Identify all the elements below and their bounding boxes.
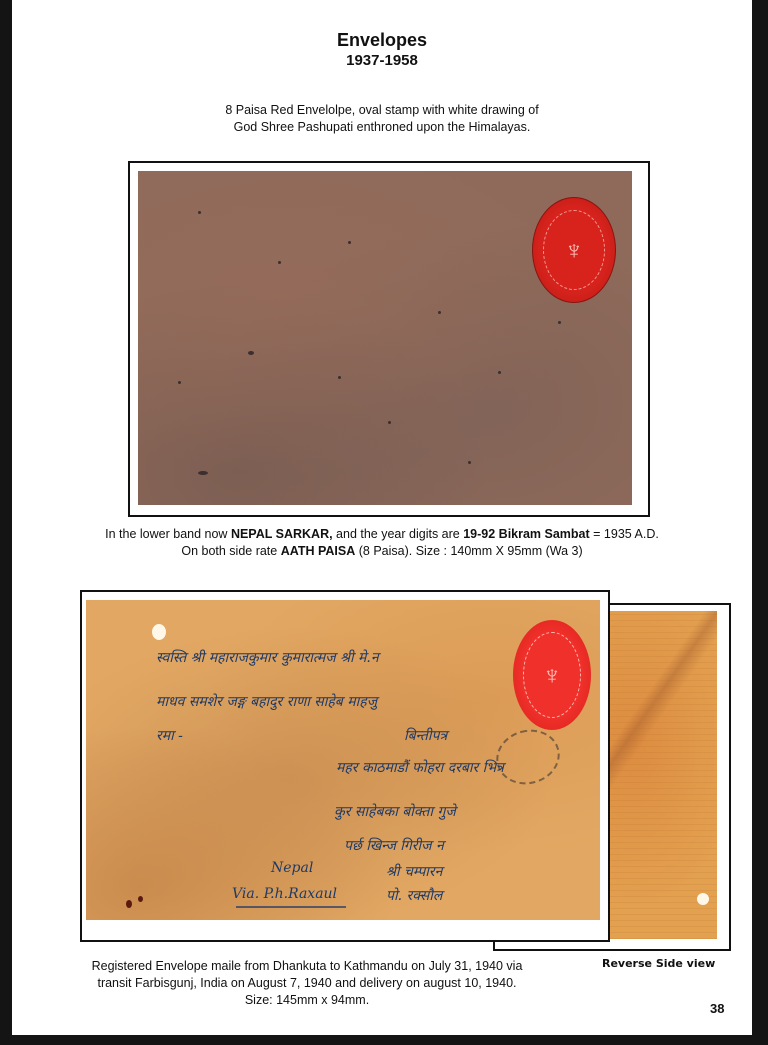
caption-line: On both side rate AATH PAISA (8 Paisa). … [12,543,752,560]
page-subtitle-years: 1937-1958 [12,52,752,70]
deity-figure-icon: ♆ [542,662,562,688]
envelope1-frame: ♆ [128,161,650,517]
envelope1-image: ♆ [138,171,632,505]
caption-line: In the lower band now NEPAL SARKAR, and … [12,526,752,543]
page-number: 38 [710,1001,724,1016]
description-line: 8 Paisa Red Envelolpe, oval stamp with w… [12,102,752,119]
envelope2-caption: Registered Envelope maile from Dhankuta … [72,958,542,1009]
handwriting-nepal: Nepal [271,860,313,876]
punch-hole [697,893,709,905]
caption-line: transit Farbisgunj, India on August 7, 1… [72,975,542,992]
postmark-dhankuta [490,723,566,792]
envelope2-front-frame: स्वस्ति श्री महाराजकुमार कुमारात्मज श्री… [80,590,610,942]
caption-line: Registered Envelope maile from Dhankuta … [72,958,542,975]
envelope2-front-image: स्वस्ति श्री महाराजकुमार कुमारात्मज श्री… [86,600,600,920]
caption-line: Size: 145mm x 94mm. [72,992,542,1009]
envelope1-caption: In the lower band now NEPAL SARKAR, and … [12,526,752,560]
oval-stamp-pashupati-red: ♆ [513,620,591,730]
handwriting-via-raxaul: Via. P.h.Raxaul [232,886,337,902]
reverse-side-label: Reverse Side view [602,957,715,970]
page-title: Envelopes [12,30,752,50]
oval-stamp-pashupati: ♆ [532,197,616,303]
punch-hole [152,624,166,640]
description-line: God Shree Pashupati enthroned upon the H… [12,119,752,136]
album-page: Envelopes 1937-1958 8 Paisa Red Envelolp… [12,0,752,1035]
envelope1-description: 8 Paisa Red Envelolpe, oval stamp with w… [12,102,752,136]
deity-figure-icon: ♆ [564,237,584,263]
